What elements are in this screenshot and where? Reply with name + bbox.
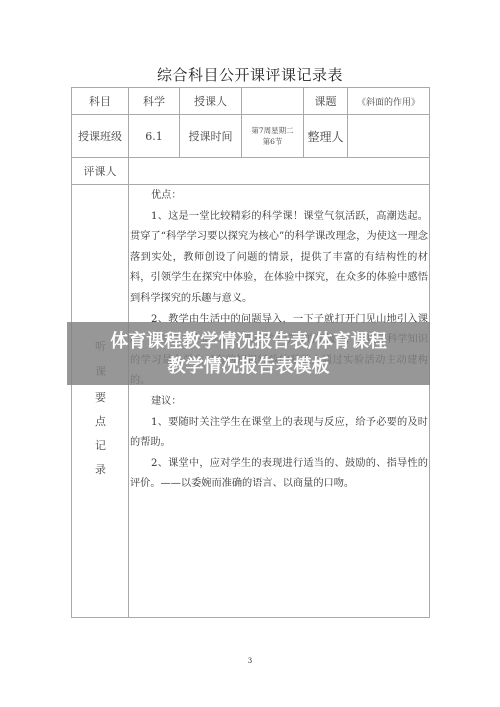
- suggestion-item-1: 1、要随时关注学生在课堂上的表现与反应，给予必要的及时的帮助。: [130, 413, 428, 454]
- class-label: 授课班级: [72, 115, 128, 157]
- teacher-label: 授课人: [180, 88, 241, 114]
- organizer-label: 整理人: [304, 115, 347, 157]
- time-label: 授课时间: [180, 115, 241, 157]
- subject-label: 科目: [72, 88, 128, 114]
- class-value: 6.1: [129, 115, 179, 157]
- side-char: 要: [72, 389, 129, 405]
- reviewer-value: [129, 158, 429, 184]
- strengths-heading: 优点：: [130, 186, 428, 207]
- time-value-line2: 第6节: [263, 136, 283, 147]
- organizer-value: [348, 115, 429, 157]
- page-number: 3: [0, 657, 500, 665]
- suggestion-item-2: 2、课堂中，应对学生的表现进行适当的、鼓励的、指导性的评价。——以委婉而准确的语…: [130, 454, 428, 495]
- side-char: 点: [72, 413, 129, 429]
- banner-line-1: 体育课程教学情况报告表/体育课程: [110, 329, 387, 354]
- row-divider: [72, 184, 429, 185]
- overlay-title-banner: 体育课程教学情况报告表/体育课程 教学情况报告表模板: [67, 322, 430, 385]
- teacher-value: [242, 88, 303, 114]
- time-value-line1: 第7周星期二: [251, 125, 293, 136]
- side-char: 录: [72, 461, 129, 477]
- strength-item-1: 1、这是一堂比较精彩的科学课！课堂气氛活跃，高潮迭起。贯穿了“科学学习要以探究为…: [130, 207, 428, 310]
- reviewer-label: 评课人: [72, 158, 128, 184]
- banner-line-2: 教学情况报告表模板: [168, 354, 330, 379]
- topic-value: 《斜面的作用》: [348, 88, 429, 114]
- topic-label: 课题: [304, 88, 347, 114]
- document-title: 综合科目公开课评课记录表: [0, 64, 500, 85]
- suggestions-heading: 建议：: [130, 392, 428, 413]
- time-value: 第7周星期二 第6节: [242, 115, 303, 157]
- subject-value: 科学: [129, 88, 179, 114]
- side-char: 记: [72, 437, 129, 453]
